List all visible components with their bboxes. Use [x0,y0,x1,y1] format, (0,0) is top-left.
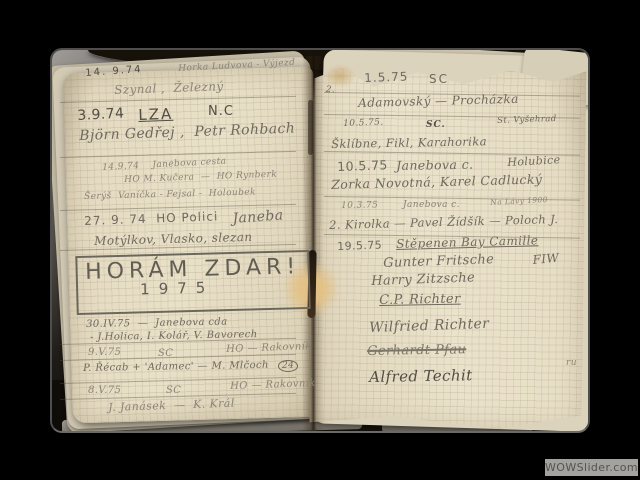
handwritten-entry: FIW [532,251,560,267]
handwritten-fragment: ru [566,358,577,368]
handwritten-entry: 30.IV.75 — Janebova cda [86,317,228,330]
wowslider-watermark[interactable]: WOWSlider.com [545,459,638,476]
handwritten-entry: Janebova c. [403,200,460,210]
handwritten-entry: 9.V.75 [88,347,121,358]
handwritten-entry: 27. 9. 74 HO Polici [84,209,219,228]
handwritten-entry: Stěpenen Bay Camille [396,233,539,251]
handwritten-entry: LZA [138,105,174,124]
circled-number: 24 [278,360,298,372]
handwritten-entry: Horka Ludvova - Výjezd [178,58,296,74]
handwritten-entry: 14.9.74 Janebova cesta [102,156,227,172]
handwritten-entry: Janeba [232,207,284,227]
handwritten-entry: Na Lávy 1900 [490,195,548,207]
handwritten-entry: C.P. Richter [379,292,461,308]
handwritten-entry: Alfred Techit [369,366,473,386]
handwritten-entry: SC [429,72,449,86]
handwritten-entry: HO — Rakovník [230,378,316,392]
handwritten-entry: Šklíbne, Fikl, Karahorika [331,134,487,151]
handwritten-entry: St. Vyšehrad [497,114,557,126]
handwriting-layer: 14. 9.74 Horka Ludvova - Výjezd Szynal ,… [52,50,588,431]
handwritten-entry: Holubice [507,153,561,169]
slider-stage: 14. 9.74 Horka Ludvova - Výjezd Szynal ,… [0,0,640,480]
handwritten-entry: SC [166,385,181,396]
handwritten-entry: Wilfried Richter [369,316,490,336]
handwritten-entry: 19.5.75 [337,238,382,253]
handwritten-entry: 3.9.74 [77,106,125,124]
handwritten-entry: 10.3.75 [341,200,378,211]
horam-zdar-banner: HORÁM ZDAR! 1975 [75,250,310,315]
handwritten-entry: 8.V.75 [88,385,121,396]
handwritten-entry: 1.5.75 [364,69,409,85]
handwritten-entry: 2. Kirolka — Pavel Žídšík — Poloch J. [329,212,559,232]
handwritten-entry: Björn Gedřej , Petr Rohbach [79,120,295,144]
handwritten-entry: Šerýš Vaníčka - Fejsal - Holoubek [84,188,256,202]
crossed-out-entry: Gerhardt Pfau [367,342,466,359]
handwritten-entry: SC. [426,120,446,130]
handwritten-entry: HO — Rakovník [226,341,312,355]
ruled-line [60,96,296,103]
notebook-photo: 14. 9.74 Horka Ludvova - Výjezd Szynal ,… [50,48,590,433]
page-number: 2. [325,85,335,95]
handwritten-entry: Gunter Fritsche [383,252,494,271]
handwritten-entry: Zorka Novotná, Karel Cadlucký [331,171,542,192]
handwritten-entry: 10.5.75. [343,118,384,129]
handwritten-entry: N.C [208,104,234,119]
handwritten-entry: Harry Zitzsche [371,270,475,289]
handwritten-entry: HO M. Kučera — HO Rynberk [124,170,277,185]
handwritten-entry: Szynal , Železný [114,79,224,97]
handwritten-entry: SC [158,348,173,359]
handwritten-entry: J. Janásek — K. Král [108,397,235,414]
handwritten-entry: 10.5.75 [337,157,388,174]
ruled-line [60,151,296,158]
handwritten-entry: - J.Holica, I. Kolář, V. Bavorech [90,329,258,343]
handwritten-entry: P. Řécab + 'Adamec' — M. Mlčoch [83,360,269,374]
handwritten-entry: Janebova c. [396,157,474,173]
handwritten-entry: Adamovský — Procházka [358,92,519,110]
handwritten-entry: 14. 9.74 [85,64,143,79]
